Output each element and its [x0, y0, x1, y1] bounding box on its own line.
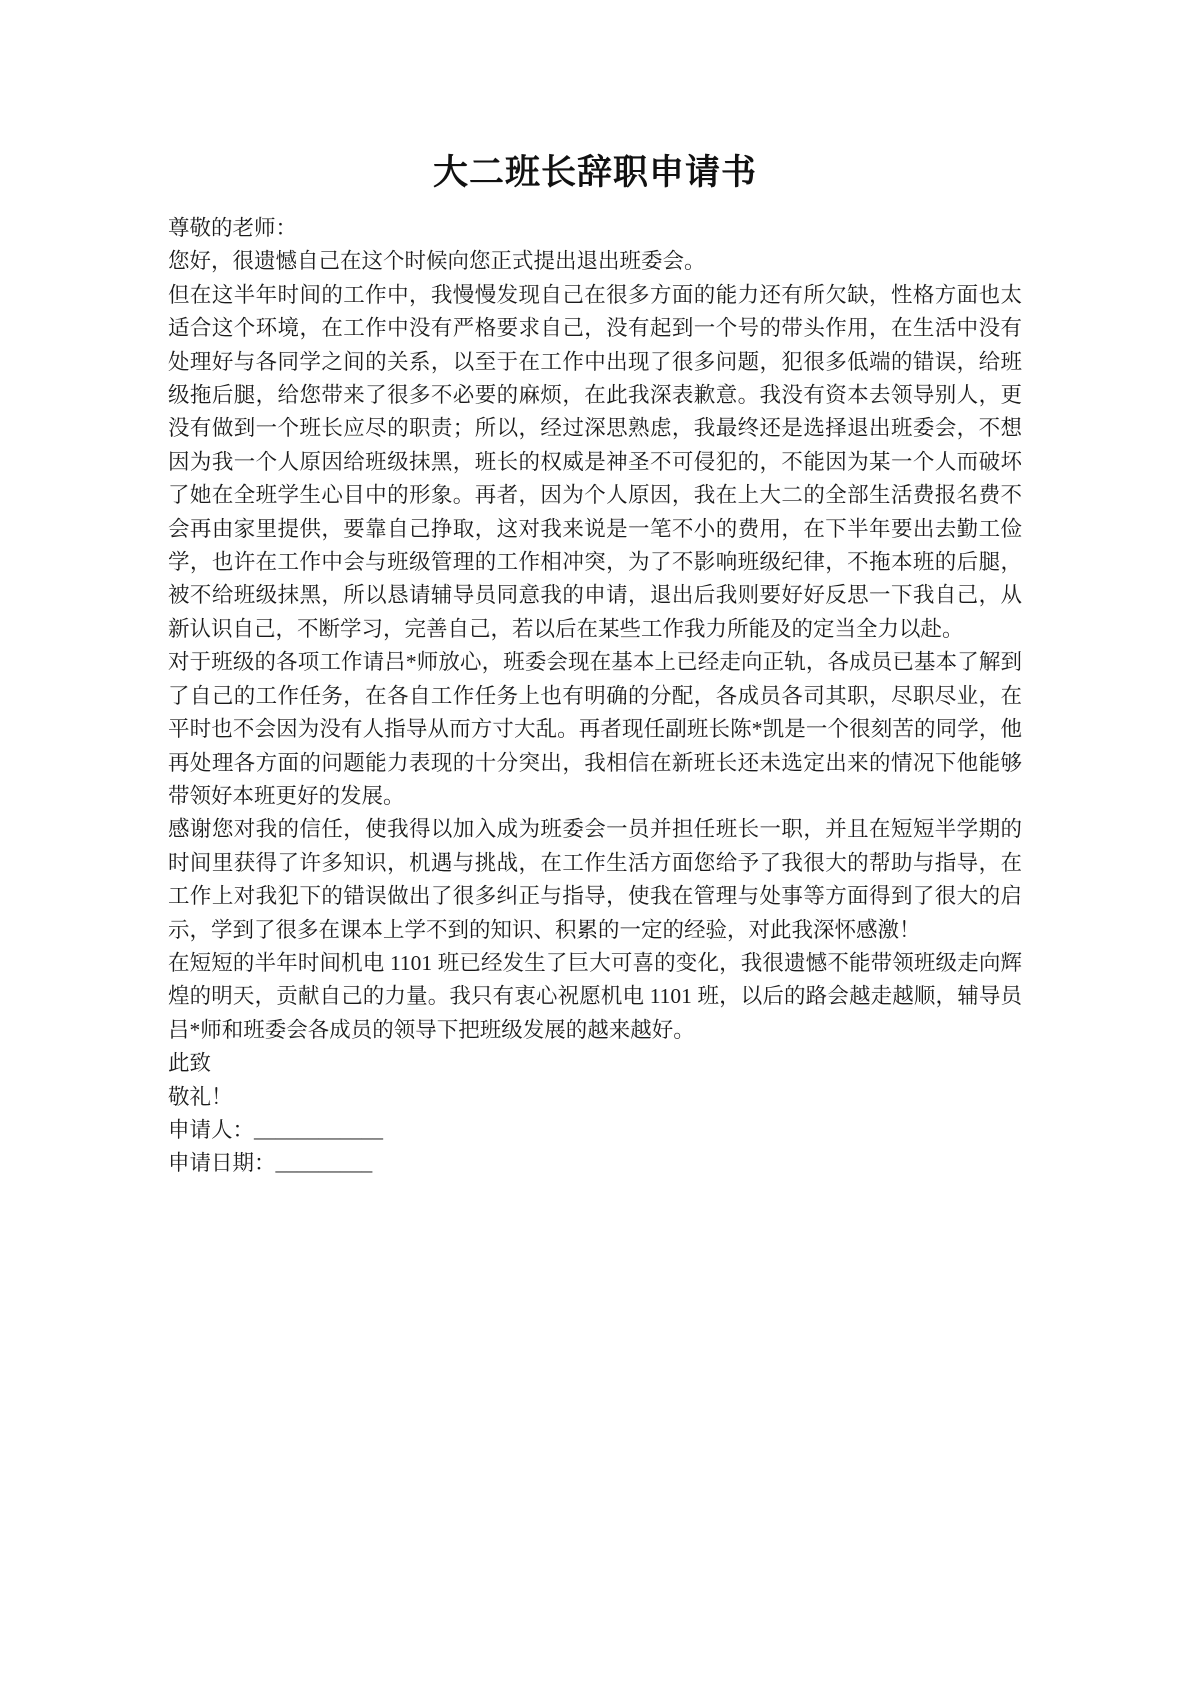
- document-page: 大二班长辞职申请书 尊敬的老师： 您好，很遗憾自己在这个时候向您正式提出退出班委…: [0, 0, 1190, 1683]
- applicant-label: 申请人：: [168, 1118, 254, 1142]
- paragraph-reasons: 但在这半年时间的工作中，我慢慢发现自己在很多方面的能力还有所欠缺，性格方面也太适…: [168, 279, 1022, 646]
- document-body: 尊敬的老师： 您好，很遗憾自己在这个时候向您正式提出退出班委会。 但在这半年时间…: [168, 212, 1022, 1114]
- paragraph-gratitude: 感谢您对我的信任，使我得以加入成为班委会一员并担任班长一职，并且在短短半学期的时…: [168, 813, 1022, 947]
- application-date-line: 申请日期：_________: [168, 1147, 1022, 1180]
- paragraph-wishes: 在短短的半年时间机电 1101 班已经发生了巨大可喜的变化，我很遗憾不能带领班级…: [168, 947, 1022, 1047]
- applicant-blank-underline: ____________: [254, 1118, 383, 1142]
- applicant-line: 申请人：____________: [168, 1114, 1022, 1147]
- document-title: 大二班长辞职申请书: [168, 150, 1022, 196]
- application-date-label: 申请日期：: [168, 1151, 276, 1175]
- paragraph-greeting: 您好，很遗憾自己在这个时候向您正式提出退出班委会。: [168, 245, 1022, 278]
- closing-jingli: 敬礼！: [168, 1081, 1022, 1114]
- closing-cizhi: 此致: [168, 1047, 1022, 1080]
- application-date-blank-underline: _________: [276, 1151, 373, 1175]
- paragraph-handover: 对于班级的各项工作请吕*师放心，班委会现在基本上已经走向正轨，各成员已基本了解到…: [168, 646, 1022, 813]
- salutation: 尊敬的老师：: [168, 212, 1022, 245]
